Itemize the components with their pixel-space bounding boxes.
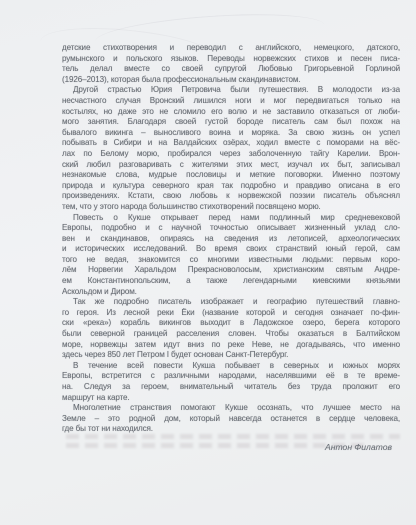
text-line: несчастного случая Вронский лишился ноги… — [62, 96, 400, 107]
text-line: море, норвежцы затем идут вниз по реке Н… — [62, 340, 400, 351]
text-line: румынского и польского языков. Переводы … — [62, 54, 400, 65]
text-line: Повесть о Кукше открывает перед нами под… — [62, 213, 400, 224]
text-line: Европы, подробно и с научной точностью о… — [62, 223, 400, 234]
text-line: детские стихотворения и переводил с англ… — [62, 43, 400, 54]
text-line: лём Норвегии Харальдом Прекрасноволосым,… — [62, 265, 400, 276]
text-line: бывалого викинга – выносливого воина и м… — [62, 128, 400, 139]
text-line: на. Следуя за героем, внимательный читат… — [62, 382, 400, 393]
text-line: Другой страстью Юрия Петровича были путе… — [62, 85, 400, 96]
text-line: костылях, но даже это не сломило его вол… — [62, 107, 400, 118]
text-line: незнакомые слова, мудрые пословицы и мет… — [62, 170, 400, 181]
text-line: ски «река») корабль викингов выходит в Л… — [62, 318, 400, 329]
text-line: природа и культура северного края так по… — [62, 181, 400, 192]
text-line: Многолетние странствия помогают Кукше ос… — [62, 403, 400, 414]
text-line: Европы, встретится с различными народами… — [62, 371, 400, 382]
text-line: тем, что у этого народа большинство стих… — [62, 202, 400, 213]
text-line: здесь через 850 лет Петром I будет основ… — [62, 350, 400, 361]
text-line: ем Константинопольским, а также легендар… — [62, 276, 400, 287]
text-line: В течение всей повести Кукша побывает в … — [62, 361, 400, 372]
text-line: были северной границей расселения словен… — [62, 329, 400, 340]
text-block: детские стихотворения и переводил с англ… — [62, 43, 400, 452]
paragraph: В течение всей повести Кукша побывает в … — [62, 361, 400, 403]
text-line: маршрут на карте. — [62, 393, 400, 404]
text-line: мого занятия. Благодаря своей густой бор… — [62, 117, 400, 128]
text-line: где бы тот ни находился. — [62, 424, 400, 435]
text-line: произведениях. Кстати, свою любовь к нор… — [62, 191, 400, 202]
paragraph: Так же подробно писатель изображает и ге… — [62, 297, 400, 361]
book-page: детские стихотворения и переводил с англ… — [0, 0, 416, 525]
paragraph: детские стихотворения и переводил с англ… — [62, 43, 400, 85]
author-signature: Антон Филатов — [62, 442, 400, 452]
text-line: побывать в Сибири и на Валдайских озёрах… — [62, 138, 400, 149]
paragraph: Другой страстью Юрия Петровича были путе… — [62, 85, 400, 212]
text-line: го героя. Из лесной реки Ёки (название к… — [62, 308, 400, 319]
paragraphs-container: детские стихотворения и переводил с англ… — [62, 43, 400, 435]
text-line: Аскольдом и Диром. — [62, 287, 400, 298]
text-line: и исторических исследований. Во время св… — [62, 244, 400, 255]
text-line: вен и скандинавов, опираясь на сведения … — [62, 234, 400, 245]
text-line: Так же подробно писатель изображает и ге… — [62, 297, 400, 308]
paragraph: Повесть о Кукше открывает перед нами под… — [62, 213, 400, 298]
paragraph: Многолетние странствия помогают Кукше ос… — [62, 403, 400, 435]
text-line: того не ведая, знакомится со многими изв… — [62, 255, 400, 266]
text-line: тель делал вместе со своей супругой Любо… — [62, 64, 400, 75]
text-line: лах по Белому морю, пробирался через заб… — [62, 149, 400, 160]
text-line: (1926–2013), которая была профессиональн… — [62, 75, 400, 86]
text-line: Земле – это родной дом, который навсегда… — [62, 414, 400, 425]
text-line: ский любил разговаривать с жителями этих… — [62, 160, 400, 171]
